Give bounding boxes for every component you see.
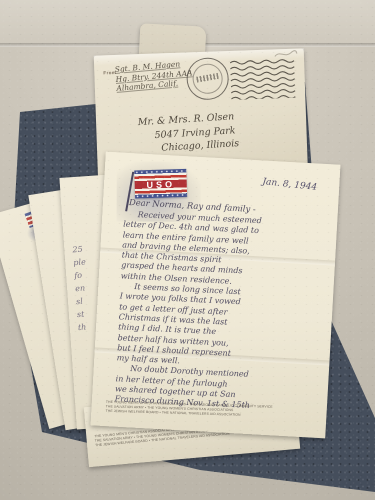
letter-date: Jan. 8, 1944: [262, 177, 318, 193]
handwriting-fragment: 25: [72, 242, 85, 256]
handwriting-fragment: ple: [73, 255, 86, 269]
return-address: Sgt. B. M. Hagen Hq. Btry. 244th AAA Alh…: [114, 58, 193, 93]
pencil-scribble: [274, 49, 298, 60]
main-letter-page: USO Jan. 8, 1944 Dear Norma, Ray and fam…: [91, 152, 341, 439]
handwriting-fragment: fo: [74, 268, 87, 282]
handwriting-fragment: th: [77, 320, 90, 334]
handwriting-fragments: 25 ple fo en sl st th: [72, 242, 91, 334]
letter-body: Received your much esteemed letter of De…: [114, 209, 324, 414]
cancellation-wavy-lines-icon: [230, 58, 297, 100]
photo-of-vintage-uso-letter: From Sgt. B. M. Hagen Hq. Btry. 244th AA…: [0, 0, 375, 500]
uso-logo-text: USO: [135, 179, 187, 188]
handwriting-fragment: sl: [76, 294, 89, 308]
handwriting-fragment: en: [75, 281, 88, 295]
recipient-address: Mr. & Mrs. R. Olsen 5047 Irving Park Chi…: [137, 107, 289, 157]
handwriting-fragment: st: [77, 307, 90, 321]
